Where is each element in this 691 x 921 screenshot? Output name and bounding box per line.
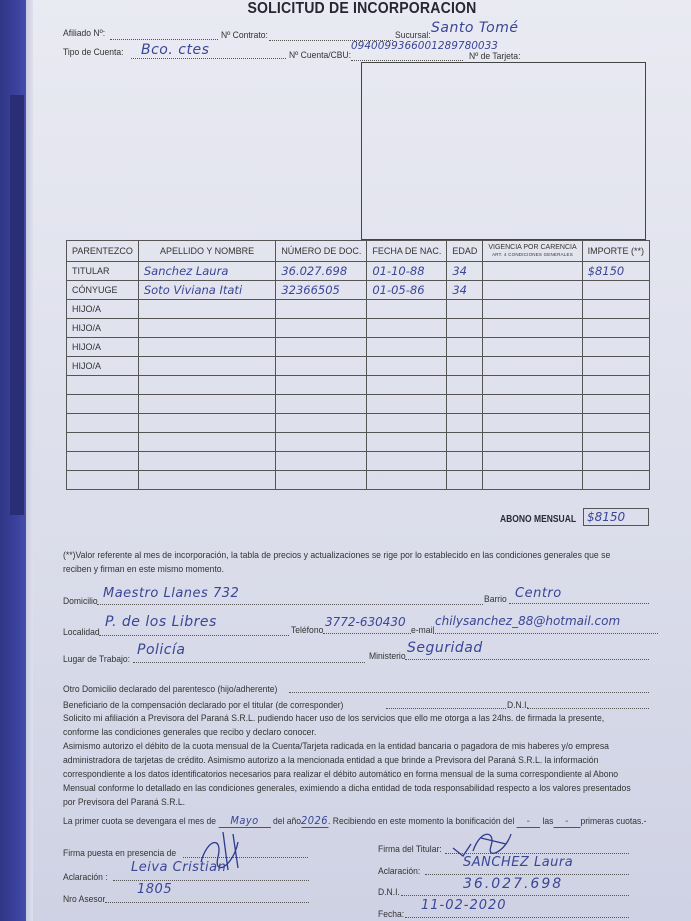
member-row: HIJO/A <box>67 357 650 376</box>
domicilio-label: Domicilio <box>63 596 98 607</box>
cuota-mes-value: Mayo <box>230 814 258 827</box>
vigencia-cell[interactable] <box>483 319 582 338</box>
binder-pocket <box>10 95 24 515</box>
edad-cell[interactable] <box>447 471 483 490</box>
fecha-nac-cell[interactable] <box>367 433 447 452</box>
telefono-label: Teléfono <box>291 625 323 636</box>
email-line <box>433 633 658 634</box>
nombre-cell[interactable] <box>138 357 275 376</box>
parentesco-cell <box>67 414 139 433</box>
asesor-label: Nro Asesor <box>63 894 105 905</box>
vigencia-cell[interactable] <box>483 262 582 281</box>
fecha-nac-cell[interactable] <box>367 300 447 319</box>
importe-cell[interactable] <box>582 319 649 338</box>
edad-cell[interactable] <box>447 319 483 338</box>
vigencia-cell[interactable] <box>483 300 582 319</box>
parentesco-cell <box>67 471 139 490</box>
fecha-nac-cell[interactable] <box>367 395 447 414</box>
fecha-line <box>405 917 629 918</box>
col-edad: EDAD <box>447 241 483 262</box>
importe-cell[interactable] <box>582 300 649 319</box>
bonificacion-value: - <box>527 816 531 827</box>
importe-cell[interactable]: $8150 <box>582 262 649 281</box>
tarjeta-label: Nº de Tarjeta: <box>469 51 520 62</box>
vigencia-cell[interactable] <box>483 357 582 376</box>
member-row <box>67 471 650 490</box>
fecha-label: Fecha: <box>378 909 404 920</box>
cuota-suffix: primeras cuotas.- <box>580 816 646 827</box>
importe-cell[interactable] <box>582 281 649 300</box>
parentesco-cell: HIJO/A <box>67 338 139 357</box>
member-row <box>67 395 650 414</box>
col-fecha-nac: FECHA DE NAC. <box>367 241 447 262</box>
cuota-anio-label: del año <box>273 816 301 827</box>
nombre-cell[interactable] <box>138 319 275 338</box>
cuenta-cbu-line <box>351 60 463 61</box>
doc-cell[interactable] <box>276 300 367 319</box>
doc-cell[interactable] <box>276 452 367 471</box>
doc-cell[interactable] <box>276 376 367 395</box>
beneficiario-dni-field[interactable] <box>527 708 649 709</box>
col-doc: NÚMERO DE DOC. <box>276 241 367 262</box>
dni-value[interactable]: 36.027.698 <box>463 876 563 892</box>
edad-cell[interactable] <box>447 300 483 319</box>
localidad-label: Localidad <box>63 627 100 638</box>
member-row <box>67 376 650 395</box>
parentesco-cell: HIJO/A <box>67 357 139 376</box>
fecha-nac-cell[interactable] <box>367 357 447 376</box>
ministerio-label: Ministerio <box>369 651 406 662</box>
abono-mensual-label: ABONO MENSUAL <box>500 514 576 525</box>
edad-cell[interactable] <box>447 433 483 452</box>
localidad-line <box>99 635 289 636</box>
vigencia-subtitle: ART. 4 CONDICIONES GENERALES <box>488 251 576 258</box>
otro-domicilio-label: Otro Domicilio declarado del parentesco … <box>63 684 277 695</box>
afiliado-label: Afiliado Nº: <box>63 28 105 39</box>
nombre-cell[interactable] <box>138 471 275 490</box>
member-row <box>67 414 650 433</box>
nombre-cell[interactable] <box>138 376 275 395</box>
members-header-row: PARENTEZCO APELLIDO Y NOMBRE NÚMERO DE D… <box>67 241 650 262</box>
doc-cell[interactable]: 32366505 <box>276 281 367 300</box>
afiliado-field[interactable] <box>110 39 218 40</box>
parentesco-cell <box>67 452 139 471</box>
edad-cell[interactable] <box>447 395 483 414</box>
fecha-nac-cell[interactable] <box>367 319 447 338</box>
col-importe: IMPORTE (**) <box>582 241 649 262</box>
sucursal-value[interactable]: Santo Tomé <box>431 20 518 36</box>
importe-cell[interactable] <box>582 414 649 433</box>
col-parentesco: PARENTEZCO <box>67 241 139 262</box>
doc-cell[interactable] <box>276 471 367 490</box>
col-nombre: APELLIDO Y NOMBRE <box>138 241 275 262</box>
member-row: HIJO/A <box>67 319 650 338</box>
fecha-nac-cell[interactable]: 01-05-86 <box>367 281 447 300</box>
importe-cell[interactable] <box>582 471 649 490</box>
member-row: CÓNYUGESoto Viviana Itati3236650501-05-8… <box>67 281 650 300</box>
importe-cell[interactable] <box>582 452 649 471</box>
importe-cell[interactable] <box>582 376 649 395</box>
card-stamp-box <box>361 62 646 240</box>
ministerio-line <box>405 659 649 660</box>
tipo-cuenta-value[interactable]: Bco. ctes <box>141 42 209 58</box>
edad-cell[interactable]: 34 <box>447 262 483 281</box>
trabajo-value[interactable]: Policía <box>137 642 185 658</box>
vigencia-cell[interactable] <box>483 433 582 452</box>
form-title: SOLICITUD DE INCORPORACION <box>72 0 651 18</box>
edad-cell[interactable] <box>447 376 483 395</box>
parentesco-cell <box>67 433 139 452</box>
firma-titular-label: Firma del Titular: <box>378 844 442 855</box>
nombre-cell[interactable] <box>138 433 275 452</box>
autorizo-paragraph: Asimismo autorizo el débito de la cuota … <box>63 739 632 809</box>
fecha-nac-cell[interactable] <box>367 452 447 471</box>
beneficiario-dni-label: D.N.I. <box>507 700 529 711</box>
las-field[interactable]: - <box>553 816 580 828</box>
abono-mensual-value[interactable]: $8150 <box>583 508 649 526</box>
las-value: - <box>565 816 569 827</box>
cuota-anio-value: 2026 <box>301 814 328 827</box>
cuota-las-label: las <box>543 816 554 827</box>
presencia-label: Firma puesta en presencia de <box>63 848 176 859</box>
member-row: HIJO/A <box>67 300 650 319</box>
aclaracion-right-value[interactable]: SANCHEZ Laura <box>463 855 573 870</box>
importe-cell[interactable] <box>582 357 649 376</box>
edad-cell[interactable] <box>447 452 483 471</box>
cuota-line: La primer cuota se devengara el mes de M… <box>63 814 647 828</box>
parentesco-cell <box>67 376 139 395</box>
vigencia-cell[interactable] <box>483 281 582 300</box>
email-label: e-mail <box>411 625 434 636</box>
nombre-cell[interactable] <box>138 414 275 433</box>
members-table: PARENTEZCO APELLIDO Y NOMBRE NÚMERO DE D… <box>66 240 650 490</box>
vigencia-cell[interactable] <box>483 338 582 357</box>
vigencia-cell[interactable] <box>483 414 582 433</box>
contrato-label: Nº Contrato: <box>221 30 268 41</box>
member-row <box>67 452 650 471</box>
aclaracion-left-line <box>113 880 309 881</box>
vigencia-cell[interactable] <box>483 376 582 395</box>
importe-cell[interactable] <box>582 433 649 452</box>
fecha-nac-cell[interactable] <box>367 338 447 357</box>
parentesco-cell: CÓNYUGE <box>67 281 139 300</box>
telefono-line <box>323 633 411 634</box>
nombre-cell[interactable]: Sanchez Laura <box>138 262 275 281</box>
member-row: HIJO/A <box>67 338 650 357</box>
importe-cell[interactable] <box>582 395 649 414</box>
doc-cell[interactable] <box>276 357 367 376</box>
parentesco-cell: HIJO/A <box>67 319 139 338</box>
vigencia-title: VIGENCIA POR CARENCIA <box>488 244 576 251</box>
asesor-line <box>105 902 309 903</box>
doc-cell[interactable] <box>276 414 367 433</box>
aclaracion-left-label: Aclaración : <box>63 872 108 883</box>
tipo-cuenta-label: Tipo de Cuenta: <box>63 47 124 58</box>
col-vigencia: VIGENCIA POR CARENCIAART. 4 CONDICIONES … <box>483 241 582 262</box>
edad-cell[interactable] <box>447 338 483 357</box>
tipo-cuenta-line <box>131 58 286 59</box>
otro-domicilio-field[interactable] <box>289 692 649 693</box>
fecha-nac-cell[interactable] <box>367 376 447 395</box>
doc-cell[interactable] <box>276 395 367 414</box>
barrio-label: Barrio <box>484 594 507 605</box>
fecha-nac-cell[interactable] <box>367 471 447 490</box>
ministerio-value[interactable]: Seguridad <box>407 640 483 656</box>
trabajo-label: Lugar de Trabajo: <box>63 654 130 665</box>
parentesco-cell: HIJO/A <box>67 300 139 319</box>
doc-cell[interactable] <box>276 433 367 452</box>
aclaracion-left-value[interactable]: Leiva Cristian <box>131 860 226 875</box>
parentesco-cell: TITULAR <box>67 262 139 281</box>
aclaracion-right-line <box>425 874 629 875</box>
trabajo-line <box>133 662 365 663</box>
cuota-mes-field[interactable]: Mayo <box>218 814 270 828</box>
dni-line <box>401 895 629 896</box>
cuota-anio-field[interactable]: 2026 <box>301 814 328 828</box>
email-value[interactable]: chilysanchez_88@hotmail.com <box>435 614 620 628</box>
fecha-nac-cell[interactable] <box>367 414 447 433</box>
parentesco-cell <box>67 395 139 414</box>
edad-cell[interactable] <box>447 414 483 433</box>
nombre-cell[interactable] <box>138 452 275 471</box>
price-note: (**)Valor referente al mes de incorporac… <box>63 548 632 576</box>
fecha-nac-cell[interactable]: 01-10-88 <box>367 262 447 281</box>
vigencia-cell[interactable] <box>483 452 582 471</box>
domicilio-line <box>97 604 483 605</box>
nombre-cell[interactable] <box>138 338 275 357</box>
vigencia-cell[interactable] <box>483 471 582 490</box>
member-row <box>67 433 650 452</box>
nombre-cell[interactable]: Soto Viviana Itati <box>138 281 275 300</box>
localidad-value[interactable]: P. de los Libres <box>105 614 217 630</box>
beneficiario-label: Beneficiario de la compensación declarad… <box>63 700 343 711</box>
solicito-paragraph: Solicito mi afiliación a Previsora del P… <box>63 711 632 739</box>
cuota-prefix: La primer cuota se devengara el mes de <box>63 816 216 827</box>
edad-cell[interactable] <box>447 357 483 376</box>
vigencia-cell[interactable] <box>483 395 582 414</box>
nombre-cell[interactable] <box>138 300 275 319</box>
importe-cell[interactable] <box>582 338 649 357</box>
beneficiario-field[interactable] <box>386 708 506 709</box>
cuenta-cbu-label: Nº Cuenta/CBU: <box>289 50 351 61</box>
fecha-value[interactable]: 11-02-2020 <box>421 898 507 913</box>
edad-cell[interactable]: 34 <box>447 281 483 300</box>
doc-cell[interactable] <box>276 338 367 357</box>
member-row: TITULARSanchez Laura36.027.69801-10-8834… <box>67 262 650 281</box>
domicilio-value[interactable]: Maestro Llanes 732 <box>103 586 239 601</box>
dni-label: D.N.I. <box>378 887 400 898</box>
barrio-line <box>509 603 649 604</box>
barrio-value[interactable]: Centro <box>515 586 562 601</box>
aclaracion-right-label: Aclaración: <box>378 866 420 877</box>
asesor-value[interactable]: 1805 <box>137 882 172 897</box>
nombre-cell[interactable] <box>138 395 275 414</box>
doc-cell[interactable]: 36.027.698 <box>276 262 367 281</box>
telefono-value[interactable]: 3772-630430 <box>325 615 406 629</box>
doc-cell[interactable] <box>276 319 367 338</box>
form-page: SOLICITUD DE INCORPORACION Afiliado Nº: … <box>33 0 691 921</box>
